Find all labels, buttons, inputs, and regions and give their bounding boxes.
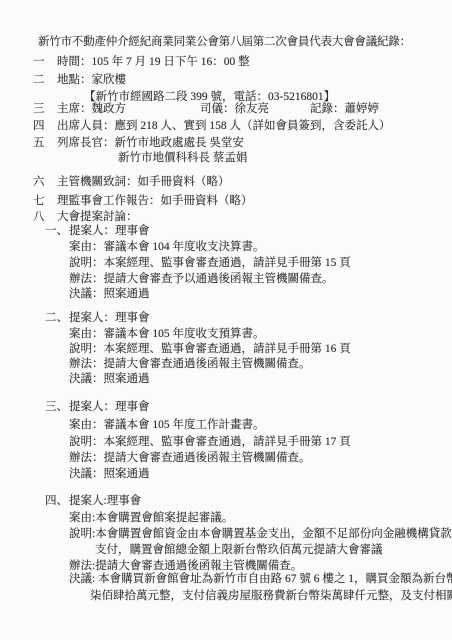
proposal-3-subject: 案由：審議本會 105 年度工作計畫書。: [69, 418, 265, 432]
meta-report-number: 七: [33, 194, 57, 208]
meta-speech-number: 六: [33, 175, 57, 189]
meta-attendance-text: 出席人員：應到 218 人、實到 158 人（詳如會員簽到，含委託人）: [57, 120, 391, 132]
proposal-1-resolution: 決議：照案通過: [69, 287, 150, 301]
proposal-3-proposer-line: 三、提案人：理事會: [45, 400, 150, 414]
meta-attendance-number: 四: [33, 119, 57, 133]
meta-speech-text: 主管機關致詞：如手冊資料（略）: [57, 176, 230, 188]
meta-time-text: 時間：105 年 7 月 19 日下午 16：00 整: [57, 56, 250, 68]
meta-guests-text: 列席長官：新竹市地政處處長 吳堂安: [57, 137, 244, 149]
proposal-3-proposer: 提案人：理事會: [69, 401, 150, 413]
meta-place-number: 二: [33, 73, 57, 87]
meta-report-text: 理監事會工作報告：如手冊資料（略）: [57, 195, 253, 207]
meta-item-time: 一時間：105 年 7 月 19 日下午 16：00 整: [33, 55, 250, 69]
meta-chair-number: 三: [33, 102, 57, 116]
meta-item-place: 二地點：家欣樓: [33, 73, 126, 87]
proposal-4-resolution: 決議: 本會購買新會館會址為新竹市自由路 67 號 6 樓之 1，購買金額為新台…: [69, 572, 452, 586]
proposal-4-explanation: 說明:本會購置會館資金由本會購置基金支出，金額不足部份向金融機構貸款: [69, 527, 452, 541]
proposal-2-subject: 案由：審議本會 105 年度收支預算書。: [69, 327, 265, 341]
proposal-4-subject: 案由:本會購置會館案提起審議。: [69, 511, 233, 525]
proposal-1-proposer-line: 一、提案人：理事會: [45, 224, 150, 238]
meta-item-guests: 五列席長官：新竹市地政處處長 吳堂安: [33, 136, 244, 150]
proposal-2-explanation: 說明：本案經理、監事會審查通過，請詳見手冊第 16 頁: [69, 342, 351, 356]
scanned-meeting-minutes-page: 新竹市不動產仲介經紀商業同業公會第八屆第二次會員代表大會會議紀錄： 一時間：10…: [0, 0, 452, 640]
proposal-3-number: 三、: [45, 400, 69, 414]
meta-time-number: 一: [33, 55, 57, 69]
proposal-4-method: 辦法:提請大會審查通過後函報主管機關備查。: [69, 559, 302, 573]
meta-discussion-number: 八: [33, 210, 57, 224]
meta-place-text: 地點：家欣樓: [57, 74, 126, 86]
proposal-2-proposer: 提案人：理事會: [69, 312, 150, 324]
meta-recorder-text: 記錄：蕭婷婷: [310, 102, 379, 116]
meta-item-discussion: 八大會提案討論：: [33, 210, 138, 224]
proposal-3-explanation: 說明：本案經理、監事會審查通過，請詳見手冊第 17 頁: [69, 435, 351, 449]
meta-guests-number: 五: [33, 136, 57, 150]
proposal-1-explanation: 說明：本案經理、監事會審查通過，請詳見手冊第 15 頁: [69, 256, 351, 270]
proposal-2-resolution: 決議：照案通過: [69, 372, 150, 386]
proposal-1-number: 一、: [45, 224, 69, 238]
proposal-3-resolution: 決議：照案通過: [69, 467, 150, 481]
meta-item-speech: 六主管機關致詞：如手冊資料（略）: [33, 175, 230, 189]
proposal-4-explanation-cont: 支付，購置會館總金額上限新台幣玖佰萬元提請大會審議: [95, 543, 383, 557]
proposal-2-proposer-line: 二、提案人：理事會: [45, 311, 150, 325]
meta-mc-text: 司儀：徐友亮: [200, 102, 269, 116]
proposal-1-subject: 案由：審議本會 104 年度收支決算書。: [69, 240, 265, 254]
proposal-1-method: 辦法：提請大會審查予以通過後函報主管機關備查。: [69, 272, 334, 286]
proposal-4-number: 四、: [45, 494, 69, 508]
meta-item-chair: 三主席：魏政方 司儀：徐友亮 記錄：蕭婷婷: [33, 102, 126, 116]
proposal-4-proposer: 提案人:理事會: [69, 495, 141, 507]
proposal-2-method: 辦法：提請大會審查通過後函報主管機關備查。: [69, 357, 311, 371]
proposal-3-method: 辦法：提請大會審查通過後函報主管機關備查。: [69, 451, 311, 465]
proposal-1-proposer: 提案人：理事會: [69, 225, 150, 237]
meta-guest2-text: 新竹市地價科科長 蔡孟娟: [118, 151, 247, 165]
proposal-4-resolution-cont: 柒佰肆拾萬元整，支付信義房屋服務費新台幣柒萬肆仟元整，及支付相關: [90, 589, 452, 603]
document-title: 新竹市不動產仲介經紀商業同業公會第八屆第二次會員代表大會會議紀錄：: [38, 35, 411, 49]
proposal-2-number: 二、: [45, 311, 69, 325]
proposal-4-proposer-line: 四、提案人:理事會: [45, 494, 141, 508]
meta-discussion-text: 大會提案討論：: [57, 211, 138, 223]
meta-chair-text: 主席：魏政方: [57, 103, 126, 115]
meta-item-report: 七理監事會工作報告：如手冊資料（略）: [33, 194, 253, 208]
meta-item-attendance: 四出席人員：應到 218 人、實到 158 人（詳如會員簽到，含委託人）: [33, 119, 391, 133]
